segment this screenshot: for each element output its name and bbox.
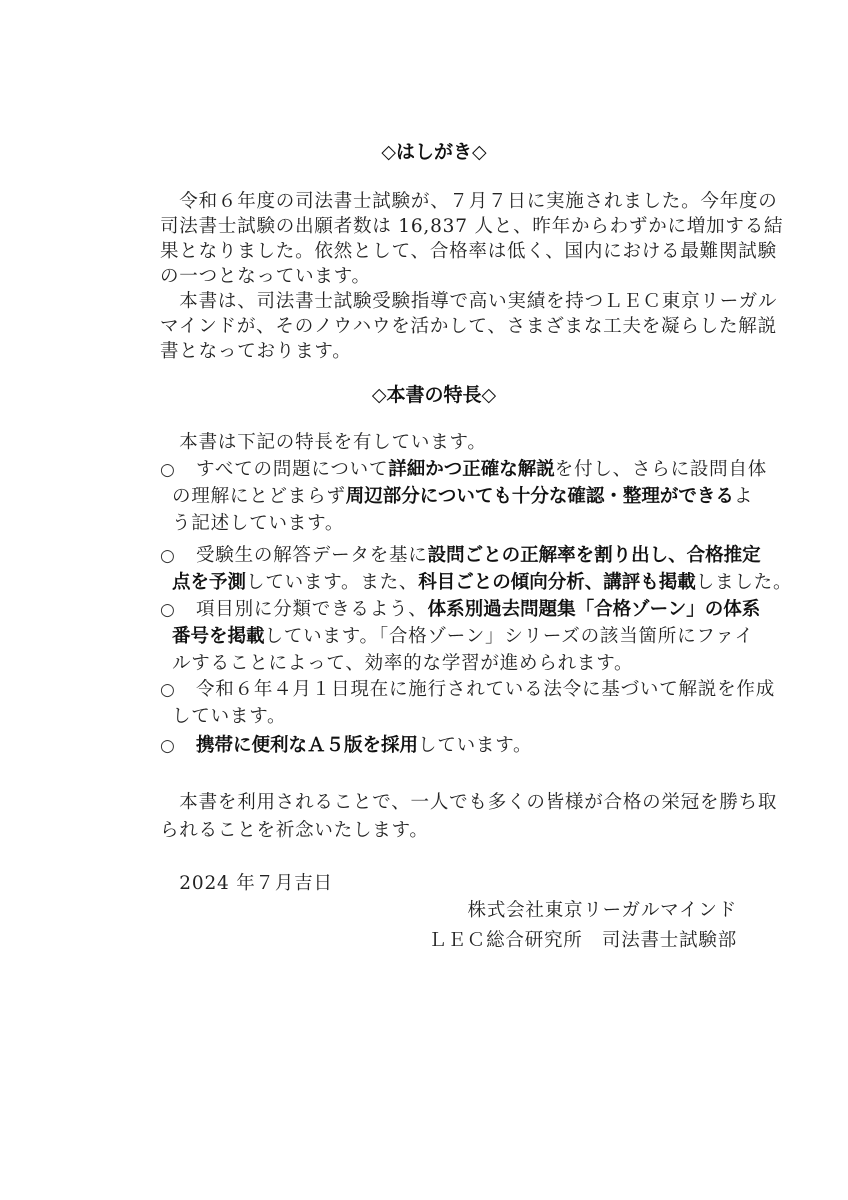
circle-bullet-icon: ○ (160, 544, 196, 568)
feature-line: 番号を掲載しています。「合格ゾーン」シリーズの該当箇所にファイ (172, 625, 752, 649)
text-line: 書となっております。 (160, 340, 740, 364)
department-name: ＬＥＣ総合研究所 司法書士試験部 (428, 929, 737, 953)
feature-line: 点を予測しています。また、科目ごとの傾向分析、講評も掲載しました。 (172, 571, 752, 595)
feature-line: ○項目別に分類できるよう、体系別過去問題集「合格ゾーン」の体系 (160, 598, 740, 622)
circle-bullet-icon: ○ (160, 734, 196, 758)
text-line: 本書を利用されることで、一人でも多くの皆様が合格の栄冠を勝ち取 (160, 791, 740, 815)
text-run: しています。また、 (246, 572, 418, 593)
preface-heading: ◇はしがき◇ (0, 140, 848, 164)
text-run: う記述しています。 (172, 513, 344, 534)
text-line: の一つとなっています。 (160, 265, 740, 289)
feature-line: しています。 (172, 705, 752, 729)
feature-line: ○令和６年４月１日現在に施行されている法令に基づいて解説を作成 (160, 678, 740, 702)
text-run: 受験生の解答データを基に (196, 545, 428, 566)
feature-line: の理解にとどまらず周辺部分についても十分な確認・整理ができるよ (172, 485, 752, 509)
text-line: マインドが、そのノウハウを活かして、さまざまな工夫を凝らした解説 (160, 315, 740, 339)
emphasized-text: 科目ごとの傾向分析、講評も掲載 (418, 572, 696, 593)
text-run: 項目別に分類できるよう、 (196, 599, 428, 620)
text-run: の理解にとどまらず (172, 486, 346, 507)
text-line: 本書は、司法書士試験受験指導で高い実績を持つＬＥＣ東京リーガル (160, 290, 740, 314)
feature-line: う記述しています。 (172, 512, 752, 536)
text-line: 果となりました。依然として、合格率は低く、国内における最難関試験 (160, 240, 740, 264)
text-line: られることを祈念いたします。 (160, 819, 740, 843)
text-run: しています。 (418, 735, 532, 756)
circle-bullet-icon: ○ (160, 458, 196, 482)
company-name: 株式会社東京リーガルマインド (468, 899, 737, 923)
text-run: しています。「合格ゾーン」シリーズの該当箇所にファイ (265, 626, 754, 647)
feature-line: ○携帯に便利なＡ５版を採用しています。 (160, 734, 740, 758)
circle-bullet-icon: ○ (160, 678, 196, 702)
text-run: よ (734, 486, 753, 507)
text-run: しています。 (172, 706, 286, 727)
emphasized-text: 体系別過去問題集「合格ゾーン」の体系 (428, 599, 761, 620)
features-intro: 本書は下記の特長を有しています。 (160, 431, 740, 455)
emphasized-text: 点を予測 (172, 572, 246, 593)
feature-line: ○受験生の解答データを基に設問ごとの正解率を割り出し、合格推定 (160, 544, 740, 568)
emphasized-text: 携帯に便利なＡ５版を採用 (196, 735, 418, 756)
preface-page: ◇はしがき◇ 令和６年度の司法書士試験が、７月７日に実施されました。今年度の 司… (0, 0, 848, 1200)
text-run: すべての問題について (196, 459, 388, 480)
text-line: 司法書士試験の出願者数は 16,837 人と、昨年からわずかに増加する結 (160, 215, 740, 239)
text-run: ルすることによって、効率的な学習が進められます。 (172, 653, 633, 674)
circle-bullet-icon: ○ (160, 598, 196, 622)
emphasized-text: 番号を掲載 (172, 626, 265, 647)
date-line: 2024 年７月吉日 (160, 872, 740, 896)
feature-line: ルすることによって、効率的な学習が進められます。 (172, 652, 752, 676)
emphasized-text: 設問ごとの正解率を割り出し、合格推定 (428, 545, 761, 566)
text-run: を付し、さらに設問自体 (555, 459, 767, 480)
text-run: 令和６年４月１日現在に施行されている法令に基づいて解説を作成 (196, 679, 775, 700)
text-line: 令和６年度の司法書士試験が、７月７日に実施されました。今年度の (160, 190, 740, 214)
features-heading: ◇本書の特長◇ (0, 383, 848, 407)
feature-line: ○すべての問題について詳細かつ正確な解説を付し、さらに設問自体 (160, 458, 740, 482)
text-run: しました。 (696, 572, 793, 593)
emphasized-text: 周辺部分についても十分な確認・整理ができる (346, 486, 734, 507)
emphasized-text: 詳細かつ正確な解説 (388, 459, 555, 480)
